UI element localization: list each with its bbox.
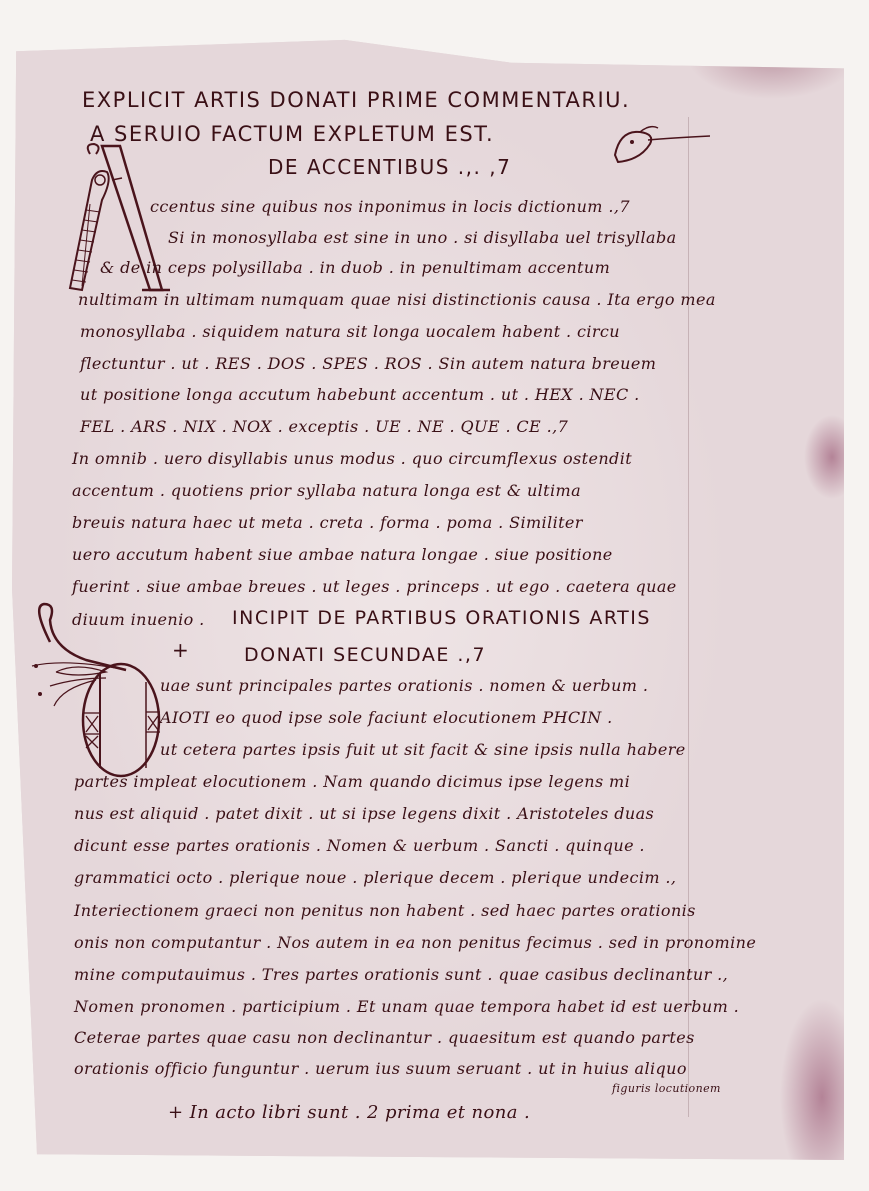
text-line: flectuntur . ut . RES . DOS . SPES . ROS…	[80, 354, 656, 373]
text-line: Interiectionem graeci non penitus non ha…	[74, 901, 696, 920]
section-title-de-accentibus: DE ACCENTIBUS .,. ,7	[268, 155, 511, 179]
incipit-heading-line1: INCIPIT DE PARTIBUS ORATIONIS ARTIS	[232, 607, 651, 629]
text-line: nus est aliquid . patet dixit . ut si ip…	[74, 804, 654, 823]
text-line: orationis officio funguntur . uerum ius …	[74, 1059, 687, 1078]
decorated-initial-q-icon	[26, 598, 176, 778]
text-line: onis non computantur . Nos autem in ea n…	[74, 933, 756, 952]
text-line: AIOTI eo quod ipse sole faciunt elocutio…	[160, 708, 613, 727]
text-line: Si in monosyllaba est sine in uno . si d…	[168, 228, 677, 247]
text-line: fuerint . siue ambae breues . ut leges .…	[72, 577, 677, 596]
text-line: mine computauimus . Tres partes orationi…	[74, 965, 728, 984]
text-line: monosyllaba . siquidem natura sit longa …	[80, 322, 620, 341]
text-line: Nomen pronomen . participium . Et unam q…	[74, 997, 739, 1016]
text-line: ut positione longa accutum habebunt acce…	[80, 385, 640, 404]
text-line: uae sunt principales partes orationis . …	[160, 676, 648, 695]
text-line: nultimam in ultimam numquam quae nisi di…	[78, 290, 716, 309]
explicit-heading-line1: EXPLICIT ARTIS DONATI PRIME COMMENTARIU.	[82, 88, 630, 112]
decorated-initial-a-icon	[62, 140, 172, 310]
text-line: Ceterae partes quae casu non declinantur…	[74, 1028, 695, 1047]
text-line: ccentus sine quibus nos inponimus in loc…	[150, 197, 630, 216]
text-line: & de in ceps polysillaba . in duob . in …	[100, 258, 610, 277]
marginal-note: figuris locutionem	[612, 1082, 721, 1095]
text-line: accentum . quotiens prior syllaba natura…	[72, 481, 581, 500]
text-line: dicunt esse partes orationis . Nomen & u…	[74, 836, 645, 855]
text-line: partes impleat elocutionem . Nam quando …	[74, 772, 630, 791]
text-line: FEL . ARS . NIX . NOX . exceptis . UE . …	[80, 417, 568, 436]
incipit-heading-line2: DONATI SECUNDAE .,7	[244, 644, 486, 666]
text-line: breuis natura haec ut meta . creta . for…	[72, 513, 583, 532]
text-line: grammatici octo . plerique noue . pleriq…	[74, 868, 676, 887]
flourish-ornament-icon	[610, 120, 720, 170]
text-line: In omnib . uero disyllabis unus modus . …	[72, 449, 632, 468]
text-line: uero accutum habent siue ambae natura lo…	[72, 545, 613, 564]
text-line: ut cetera partes ipsis fuit ut sit facit…	[160, 740, 686, 759]
colophon: + In acto libri sunt . 2 prima et nona .	[168, 1102, 530, 1123]
